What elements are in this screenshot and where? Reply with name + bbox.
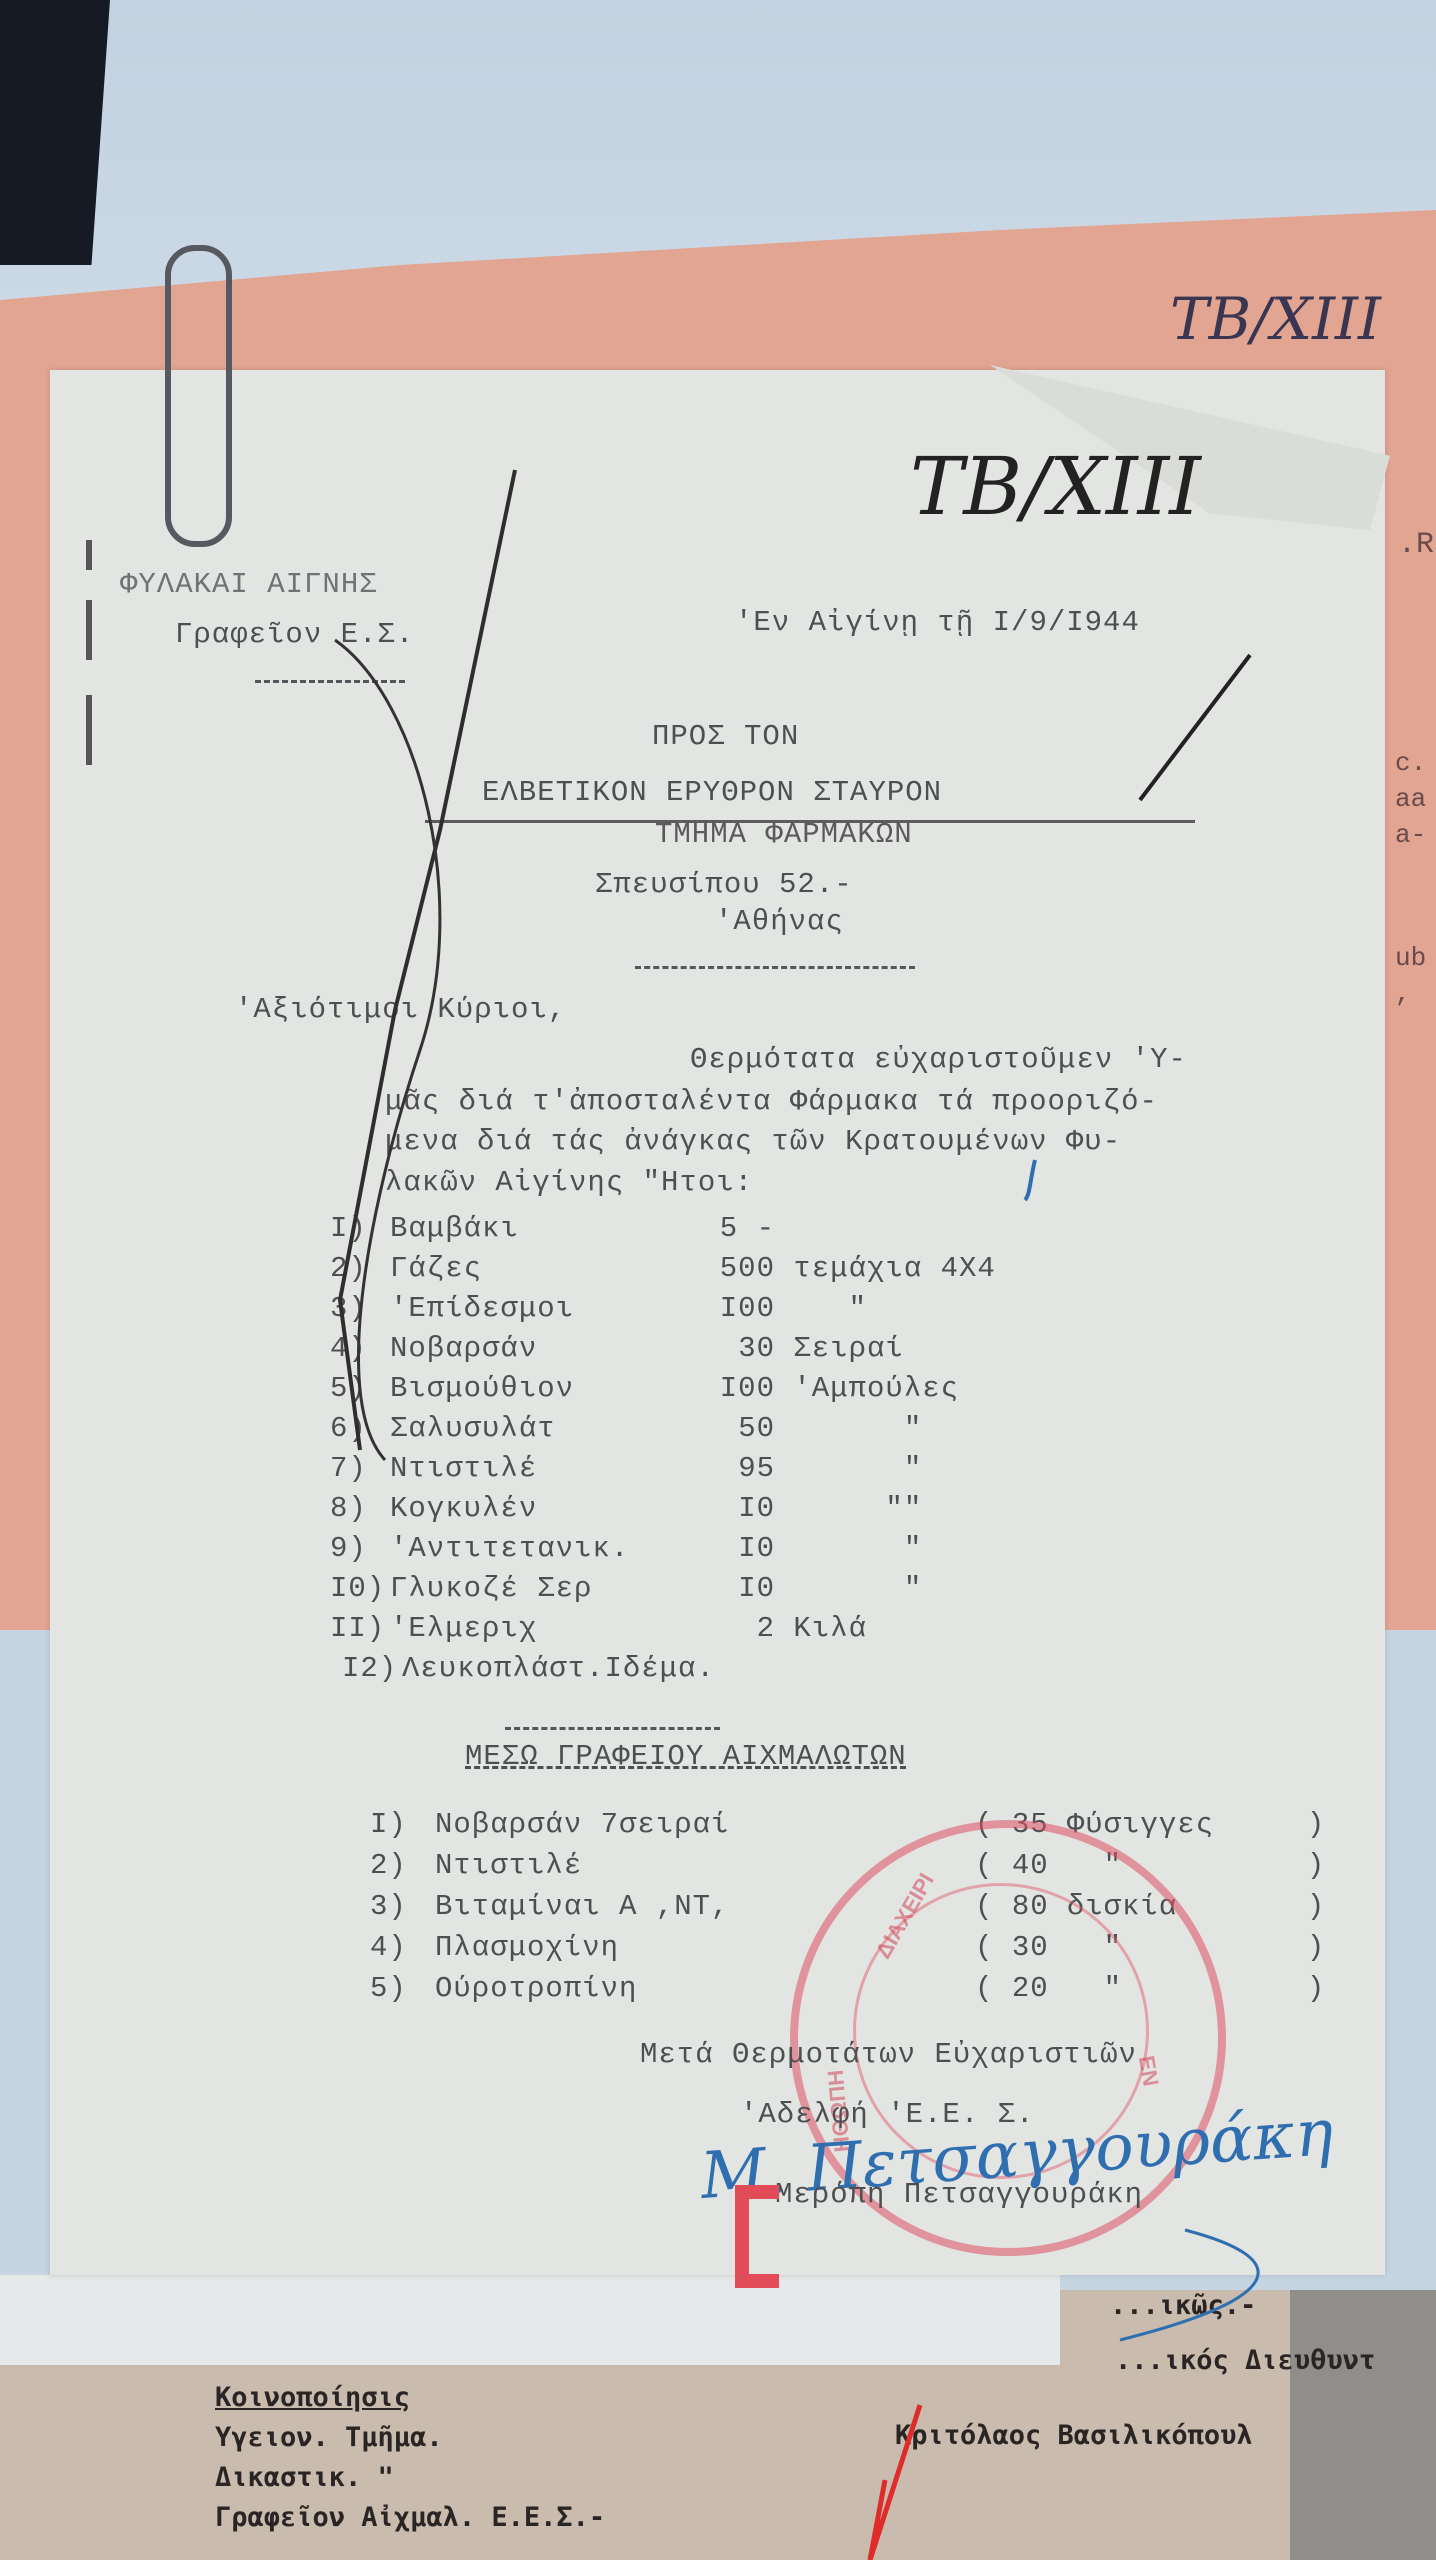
pen-strokes [0,0,1436,2560]
